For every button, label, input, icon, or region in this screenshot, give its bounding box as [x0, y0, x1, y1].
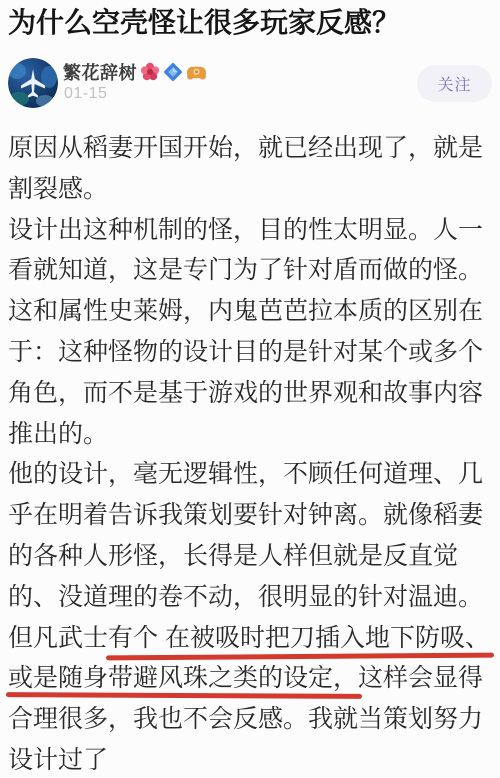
body-line: 设计出这种机制的怪，目的性太明显。人一	[8, 210, 494, 251]
body-line: 的、没道理的卷不动，很明显的针对温迪。	[8, 577, 494, 618]
gem-badge-icon	[163, 62, 183, 82]
post-body: 原因从稻妻开国开始，就已经出现了，就是割裂感。设计出这种机制的怪，目的性太明显。…	[8, 128, 494, 778]
body-text: 角色，而不是基于游戏的世界观和故事内容	[8, 379, 483, 407]
follow-button[interactable]: 关注	[417, 65, 492, 102]
body-text: 这样会显得	[358, 664, 483, 692]
underlined-text: 或是随身带避风珠之类的设定，	[8, 664, 358, 692]
author-name: 繁花辞树	[63, 59, 137, 85]
body-text: 他的设计，毫无逻辑性，不顾任何道理、几	[8, 460, 483, 488]
body-line: 乎在明着告诉我策划要针对钟离。就像稻妻	[8, 495, 494, 536]
body-text: 看就知道，这是专门为了针对盾而做的怪。	[8, 256, 483, 284]
gamepad-badge-icon	[186, 62, 206, 82]
airplane-avatar-icon	[8, 58, 58, 108]
body-line: 看就知道，这是专门为了针对盾而做的怪。	[8, 250, 494, 291]
body-line: 他的设计，毫无逻辑性，不顾任何道理、几	[8, 454, 494, 495]
body-line: 的各种人形怪，长得是人样但就是反直觉	[8, 536, 494, 577]
post-title: 为什么空壳怪让很多玩家反感？	[8, 1, 492, 41]
body-text: 的、没道理的卷不动，很明显的针对温迪。	[8, 583, 483, 611]
flower-badge-icon	[140, 62, 160, 82]
body-text: 的各种人形怪，长得是人样但就是反直觉	[8, 542, 458, 570]
post-page: 为什么空壳怪让很多玩家反感？	[0, 0, 500, 778]
body-line: 设计过了	[8, 740, 494, 778]
body-text: 乎在明着告诉我策划要针对钟离。就像稻妻	[8, 501, 483, 529]
body-line: 或是随身带避风珠之类的设定，这样会显得	[8, 658, 494, 699]
underlined-text: 有个 在被吸时把刀插入地下防吸、	[108, 624, 490, 652]
body-line: 于：这种怪物的设计目的是针对某个或多个	[8, 332, 494, 373]
body-line: 但凡武士有个 在被吸时把刀插入地下防吸、	[8, 618, 494, 659]
body-line: 角色，而不是基于游戏的世界观和故事内容	[8, 373, 494, 414]
body-line: 合理很多，我也不会反感。我就当策划努力	[8, 699, 494, 740]
body-text: 这和属性史莱姆，内鬼芭芭拉本质的区别在	[8, 297, 483, 325]
body-text: 设计出这种机制的怪，目的性太明显。人一	[8, 216, 483, 244]
body-line: 推出的。	[8, 414, 494, 455]
author-name-row[interactable]: 繁花辞树	[63, 59, 206, 85]
body-line: 原因从稻妻开国开始，就已经出现了，就是	[8, 128, 494, 169]
body-line: 割裂感。	[8, 169, 494, 210]
body-text: 原因从稻妻开国开始，就已经出现了，就是	[8, 134, 483, 162]
body-text: 但凡武士	[8, 624, 108, 652]
post-header: 繁花辞树	[8, 56, 492, 110]
body-text: 设计过了	[8, 746, 108, 774]
body-line: 这和属性史莱姆，内鬼芭芭拉本质的区别在	[8, 291, 494, 332]
body-text: 割裂感。	[8, 175, 108, 203]
user-avatar[interactable]	[8, 58, 58, 108]
body-text: 合理很多，我也不会反感。我就当策划努力	[8, 705, 483, 733]
post-date: 01-15	[64, 85, 107, 103]
body-text: 于：这种怪物的设计目的是针对某个或多个	[8, 338, 483, 366]
body-text: 推出的。	[8, 420, 108, 448]
